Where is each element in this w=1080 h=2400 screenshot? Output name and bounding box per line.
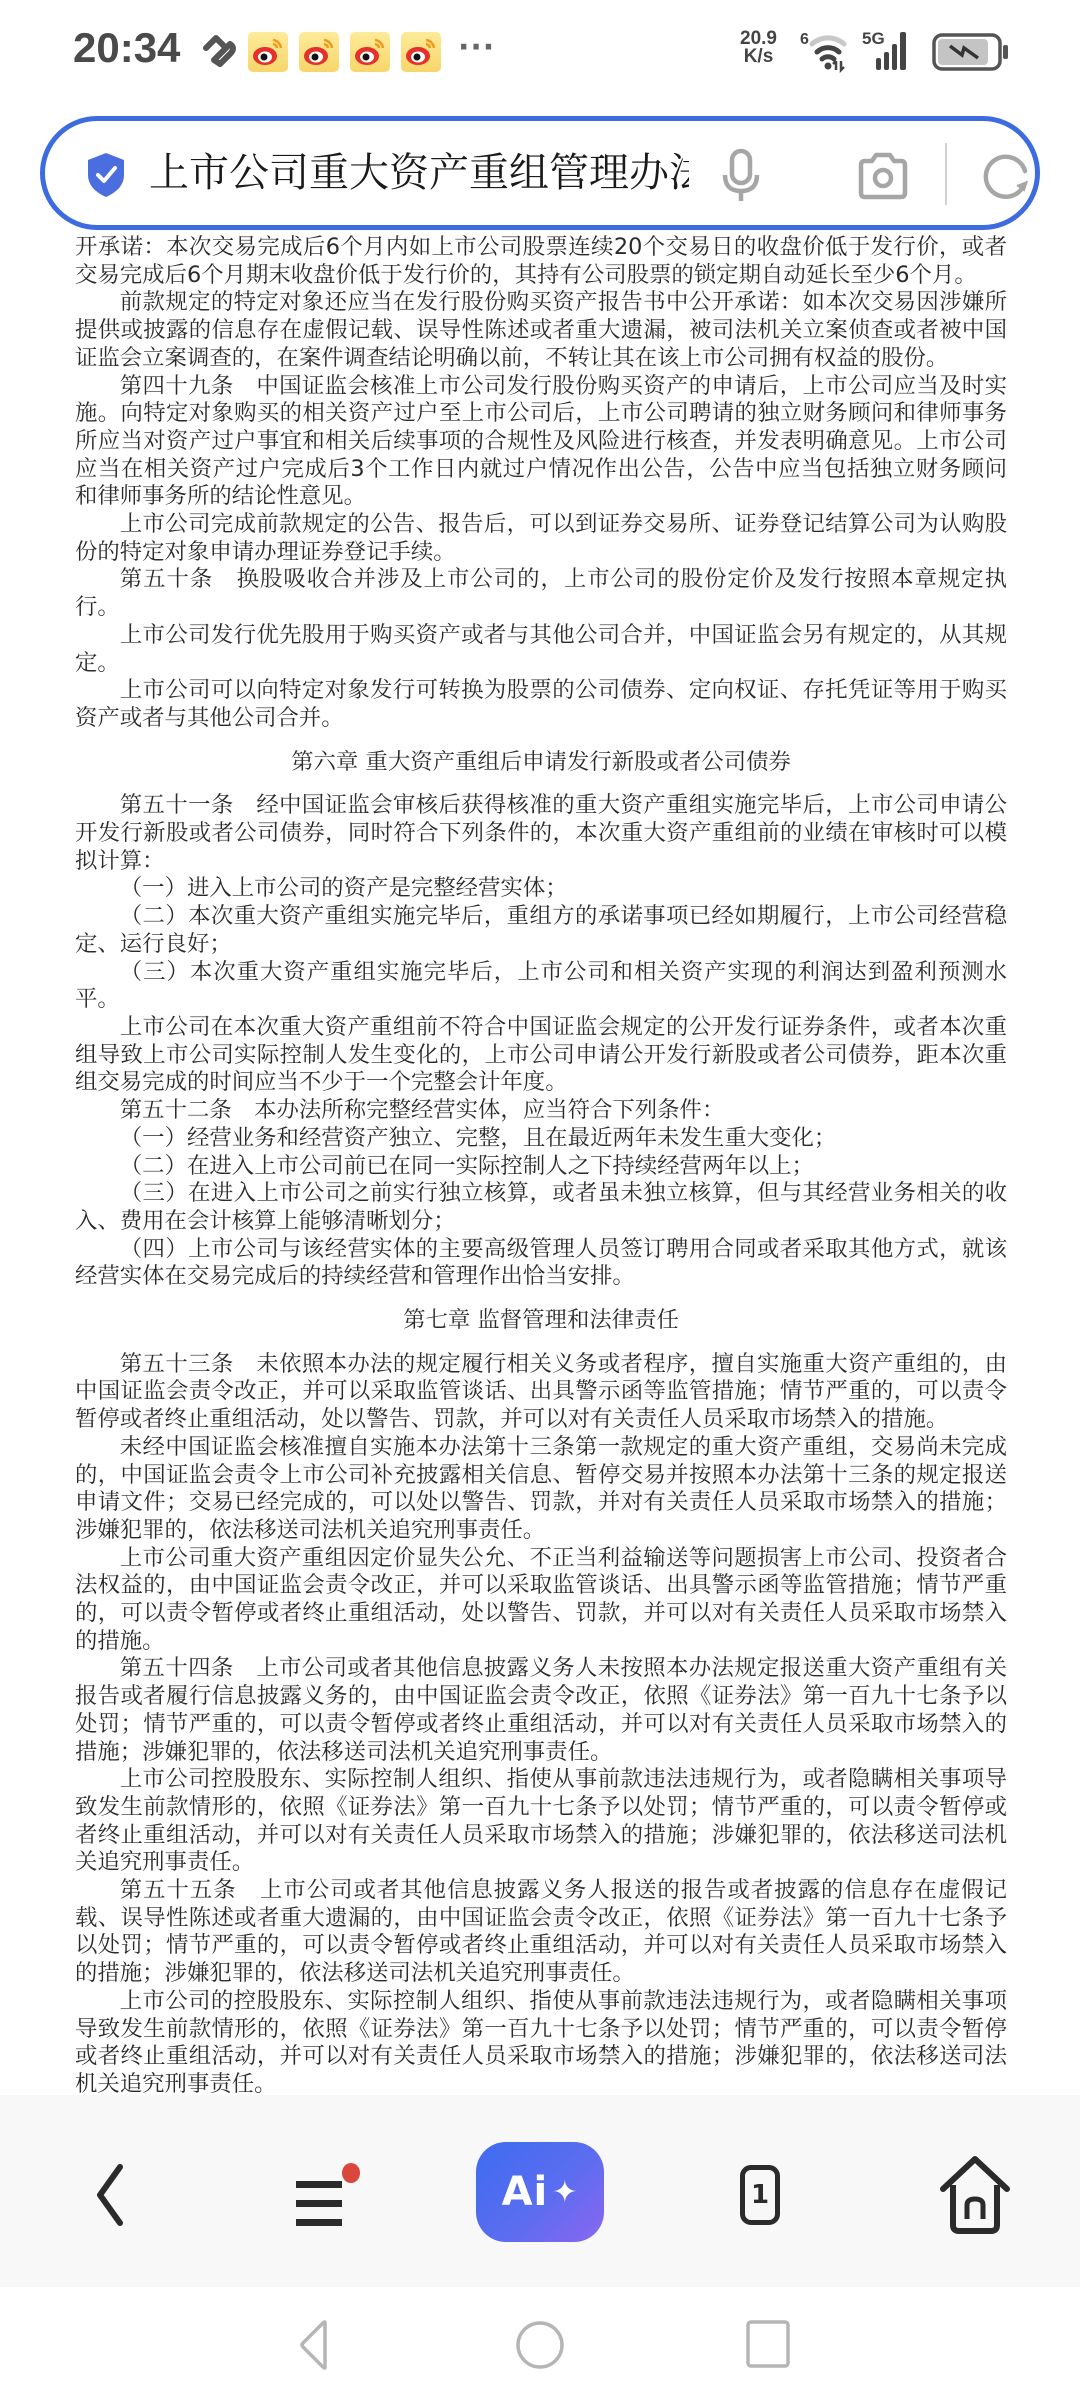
paragraph: 第五十一条 经中国证监会审核后获得核准的重大资产重组实施完毕后，上市公司申请公开… [75,792,1007,875]
paragraph: 上市公司在本次重大资产重组前不符合中国证监会规定的公开发行证券条件，或者本次重组… [75,1014,1007,1097]
home-circle-icon [510,2317,570,2373]
svg-text:6: 6 [800,31,809,48]
home-icon [935,2153,1015,2237]
sparkle-icon: ✦ [552,2175,578,2210]
paragraph: 第五十三条 未依照本办法的规定履行相关义务或者程序，擅自实施重大资产重组的，由中… [75,1351,1007,1434]
network-speed-unit: K/s [740,48,777,66]
paragraph: （三）在进入上市公司之前实行独立核算，或者虽未独立核算，但与其经营业务相关的收入… [75,1180,1007,1235]
paragraph: 第五十二条 本办法所称完整经营实体，应当符合下列条件： [75,1097,1007,1125]
network-speed: 20.9 K/s [740,30,777,66]
tab-count-icon: 1 [740,2165,780,2225]
browser-bottom-toolbar: Ai ✦ 1 [0,2095,1080,2287]
back-triangle-icon [285,2317,345,2373]
chapter-heading: 第六章 重大资产重组后申请发行新股或者公司债券 [75,749,1007,777]
weibo-icon [350,32,390,72]
notification-badge [342,2163,360,2183]
wifi-icon: 6 [800,28,852,74]
weibo-icon [299,32,339,72]
status-bar: 20:34 ··· 20.9 K/s 6 5G [0,0,1080,110]
paragraph: 开承诺：本次交易完成后6个月内如上市公司股票连续20个交易日的收盘价低于发行价，… [75,234,1007,289]
paragraph: （二）本次重大资产重组实施完毕后，重组方的承诺事项已经如期履行，上市公司经营稳定… [75,903,1007,958]
paragraph: 第五十五条 上市公司或者其他信息披露义务人报送的报告或者披露的信息存在虚假记载、… [75,1877,1007,1988]
search-divider [945,143,947,205]
app-heart-icon [200,32,240,72]
paragraph: 未经中国证监会核准擅自实施本办法第十三条第一款规定的重大资产重组，交易尚未完成的… [75,1434,1007,1545]
paragraph: （二）在进入上市公司前已在同一实际控制人之下持续经营两年以上； [75,1153,1007,1181]
paragraph: 第四十九条 中国证监会核准上市公司发行股份购买资产的申请后，上市公司应当及时实施… [75,373,1007,512]
more-notifications-icon: ··· [458,30,495,65]
home-button[interactable] [935,2153,1015,2237]
weibo-icon [248,32,288,72]
tabs-button[interactable]: 1 [720,2155,800,2235]
back-button[interactable] [70,2155,150,2235]
shield-check-icon[interactable] [85,151,127,199]
ai-label: Ai [502,2169,549,2215]
chevron-left-icon [70,2155,150,2235]
paragraph: 第五十条 换股吸收合并涉及上市公司的，上市公司的股份定价及发行按照本章规定执行。 [75,566,1007,621]
paragraph: 上市公司重大资产重组因定价显失公允、不正当利益输送等问题损害上市公司、投资者合法… [75,1545,1007,1656]
system-home-button[interactable] [510,2317,570,2373]
camera-icon[interactable] [855,149,911,205]
paragraph: （四）上市公司与该经营实体的主要高级管理人员签订聘用合同或者采取其他方式，就该经… [75,1236,1007,1291]
microphone-icon[interactable] [713,147,769,203]
address-search-bar[interactable]: 上市公司重大资产重组管理办法 [40,116,1040,230]
refresh-icon[interactable] [977,147,1035,205]
paragraph: 上市公司完成前款规定的公告、报告后，可以到证券交易所、证券登记结算公司为认购股份… [75,511,1007,566]
battery-charging-icon [932,33,1010,71]
paragraph: 第五十四条 上市公司或者其他信息披露义务人未按照本办法规定报送重大资产重组有关报… [75,1655,1007,1766]
weibo-icon [401,32,441,72]
paragraph: （三）本次重大资产重组实施完毕后，上市公司和相关资产实现的利润达到盈利预测水平。 [75,959,1007,1014]
paragraph: 上市公司发行优先股用于购买资产或者与其他公司合并，中国证监会另有规定的，从其规定… [75,622,1007,677]
ai-assistant-button[interactable]: Ai ✦ [476,2142,604,2242]
system-navigation-bar [0,2287,1080,2400]
svg-text:5G: 5G [862,29,885,48]
system-back-button[interactable] [285,2317,345,2373]
paragraph: （一）进入上市公司的资产是完整经营实体； [75,875,1007,903]
paragraph: 上市公司的控股股东、实际控制人组织、指使从事前款违法违规行为，或者隐瞒相关事项导… [75,1988,1007,2096]
paragraph: 前款规定的特定对象还应当在发行股份购买资产报告书中公开承诺：如本次交易因涉嫌所提… [75,289,1007,372]
system-recents-button[interactable] [738,2317,798,2373]
paragraph: 上市公司可以向特定对象发行可转换为股票的公司债券、定向权证、存托凭证等用于购买资… [75,677,1007,732]
tab-count: 1 [751,2180,769,2210]
menu-button[interactable] [270,2155,370,2235]
recents-square-icon [738,2317,798,2373]
document-content[interactable]: 开承诺：本次交易完成后6个月内如上市公司股票连续20个交易日的收盘价低于发行价，… [75,234,1007,2096]
paragraph: （一）经营业务和经营资产独立、完整，且在最近两年未发生重大变化； [75,1125,1007,1153]
clock: 20:34 [73,24,180,72]
cellular-signal-icon: 5G [862,28,920,74]
chapter-heading: 第七章 监督管理和法律责任 [75,1307,1007,1335]
search-query[interactable]: 上市公司重大资产重组管理办法 [149,143,689,203]
paragraph: 上市公司控股股东、实际控制人组织、指使从事前款违法违规行为，或者隐瞒相关事项导致… [75,1766,1007,1877]
